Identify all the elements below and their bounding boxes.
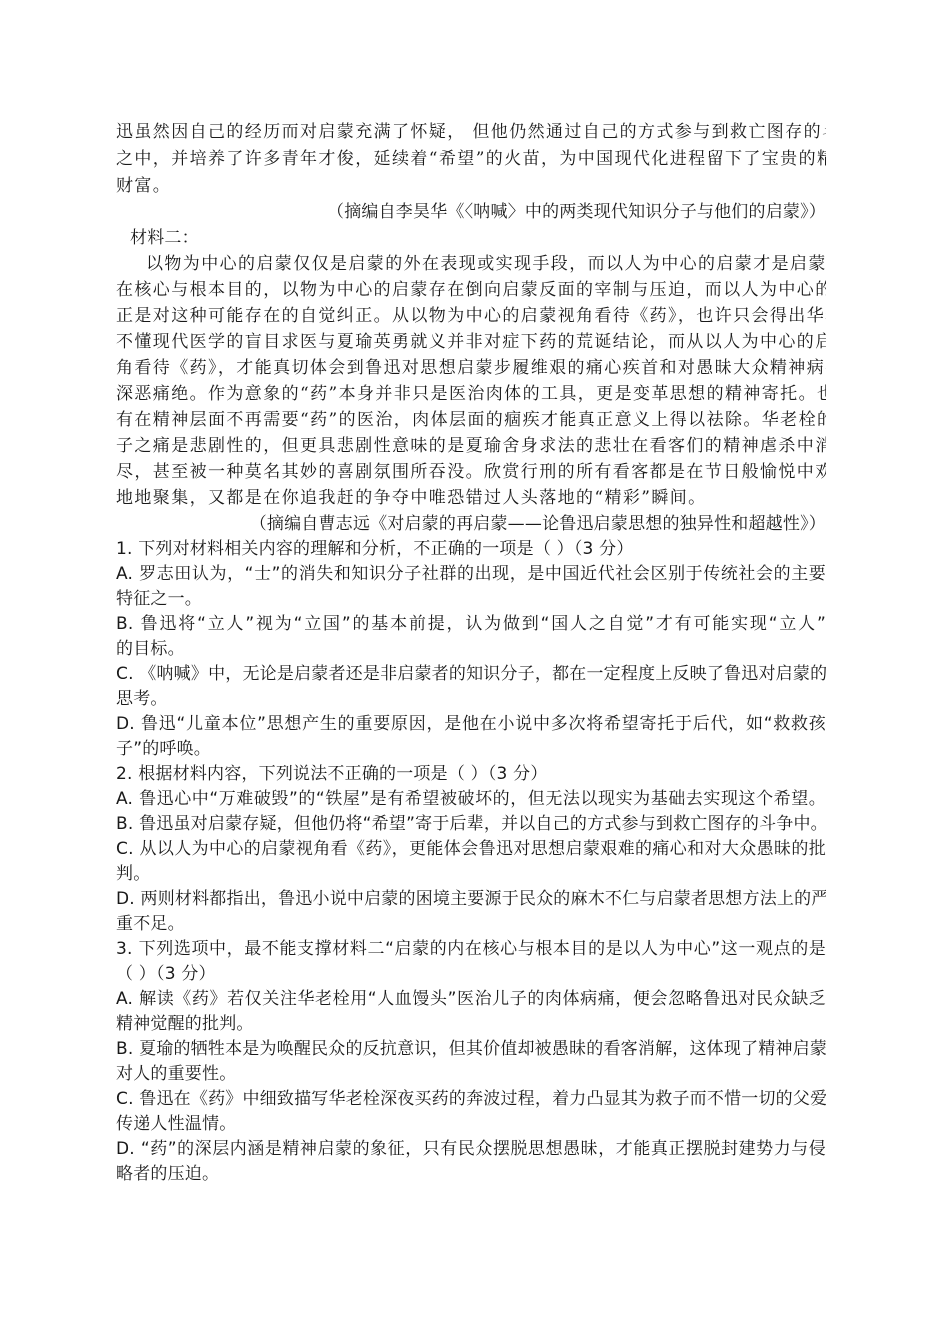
question-3-option-b: B. 夏瑜的牺牲本是为唤醒民众的反抗意识，但其价值却被愚昧的看客消解，这体现了精… [116,1037,826,1061]
question-2-option-c: C. 从以人为中心的启蒙视角看《药》，更能体会鲁迅对思想启蒙艰难的痛心和对大众愚… [116,837,826,861]
material-one-line: 财富。 [116,174,826,198]
material-two-heading: 材料二： [130,226,826,250]
material-two-line: 不懂现代医学的盲目求医与夏瑜英勇就义并非对症下药的荒诞结论，而从以人为中心的启蒙… [116,330,826,354]
question-3-option-a-cont: 精神觉醒的批判。 [116,1012,826,1036]
question-1-option-d-cont: 子”的呼唤。 [116,737,826,761]
question-2-option-b: B. 鲁迅虽对启蒙存疑，但他仍将“希望”寄于后辈，并以自己的方式参与到救亡图存的… [116,812,826,836]
question-3-option-c-cont: 传递人性温情。 [116,1112,826,1136]
material-two-line: 地地聚集，又都是在你追我赶的争夺中唯恐错过人头落地的“精彩”瞬间。 [116,486,826,510]
material-two-line: 角看待《药》，才能真切体会到鲁迅对思想启蒙步履维艰的痛心疾首和对愚昧大众精神病态… [116,356,826,380]
question-2-option-c-cont: 判。 [116,862,826,886]
question-2-option-d-cont: 重不足。 [116,912,826,936]
material-two-line: 子之痛是悲剧性的，但更具悲剧性意味的是夏瑜舍身求法的悲壮在看客们的精神虐杀中消解… [116,434,826,458]
material-two-line: 正是对这种可能存在的自觉纠正。从以物为中心的启蒙视角看待《药》，也许只会得出华老… [116,304,826,328]
material-one-line: 之中，并培养了许多青年才俊，延续着“希望”的火苗，为中国现代化进程留下了宝贵的精… [116,147,826,171]
question-1-option-c: C. 《呐喊》中，无论是启蒙者还是非启蒙者的知识分子，都在一定程度上反映了鲁迅对… [116,662,826,686]
question-3-stem: 3. 下列选项中，最不能支撑材料二“启蒙的内在核心与根本目的是以人为中心”这一观… [116,937,826,961]
question-1-option-a: A. 罗志田认为，“士”的消失和知识分子社群的出现，是中国近代社会区别于传统社会… [116,562,826,586]
material-two-source: （摘编自曹志远《对启蒙的再启蒙——论鲁迅启蒙思想的独异性和超越性》） [116,512,826,536]
question-1-option-a-cont: 特征之一。 [116,587,826,611]
question-1-option-b: B. 鲁迅将“立人”视为“立国”的基本前提，认为做到“国人之自觉”才有可能实现“… [116,612,826,636]
question-2-option-d: D. 两则材料都指出，鲁迅小说中启蒙的困境主要源于民众的麻木不仁与启蒙者思想方法… [116,887,826,911]
question-3-stem-cont: （ ）（3 分） [116,962,826,986]
material-two-line: 以物为中心的启蒙仅仅是启蒙的外在表现或实现手段，而以人为中心的启蒙才是启蒙的内 [146,252,826,276]
question-1-stem: 1. 下列对材料相关内容的理解和分析，不正确的一项是（ ）（3 分） [116,537,826,561]
question-3-option-b-cont: 对人的重要性。 [116,1062,826,1086]
question-1-option-d: D. 鲁迅“儿童本位”思想产生的重要原因，是他在小说中多次将希望寄托于后代，如“… [116,712,826,736]
question-3-option-a: A. 解读《药》若仅关注华老栓用“人血馒头”医治儿子的肉体病痛，便会忽略鲁迅对民… [116,987,826,1011]
material-two-line: 尽，甚至被一种莫名其妙的喜剧氛围所吞没。欣赏行刑的所有看客都是在节日般愉悦中欢天… [116,460,826,484]
question-2-stem: 2. 根据材料内容，下列说法不正确的一项是（ ）（3 分） [116,762,826,786]
exam-page: 迅虽然因自己的经历而对启蒙充满了怀疑， 但他仍然通过自己的方式参与到救亡图存的斗… [0,0,950,1344]
question-1-option-b-cont: 的目标。 [116,637,826,661]
question-3-option-d: D. “药”的深层内涵是精神启蒙的象征，只有民众摆脱思想愚昧，才能真正摆脱封建势… [116,1137,826,1161]
material-one-source: （摘编自李昊华《〈呐喊〉中的两类现代知识分子与他们的启蒙》） [116,200,826,224]
question-3-option-d-cont: 略者的压迫。 [116,1162,826,1186]
material-two-line: 有在精神层面不再需要“药”的医治，肉体层面的痼疾才能真正意义上得以祛除。华老栓的… [116,408,826,432]
question-3-option-c: C. 鲁迅在《药》中细致描写华老栓深夜买药的奔波过程，着力凸显其为救子而不惜一切… [116,1087,826,1111]
material-one-line: 迅虽然因自己的经历而对启蒙充满了怀疑， 但他仍然通过自己的方式参与到救亡图存的斗… [116,120,826,144]
material-two-line: 深恶痛绝。作为意象的“药”本身并非只是医治肉体的工具，更是变革思想的精神寄托。也… [116,382,826,406]
question-1-option-c-cont: 思考。 [116,687,826,711]
question-2-option-a: A. 鲁迅心中“万难破毁”的“铁屋”是有希望被破坏的，但无法以现实为基础去实现这… [116,787,826,811]
material-two-line: 在核心与根本目的，以物为中心的启蒙存在倒向启蒙反面的宰制与压迫，而以人为中心的启… [116,278,826,302]
